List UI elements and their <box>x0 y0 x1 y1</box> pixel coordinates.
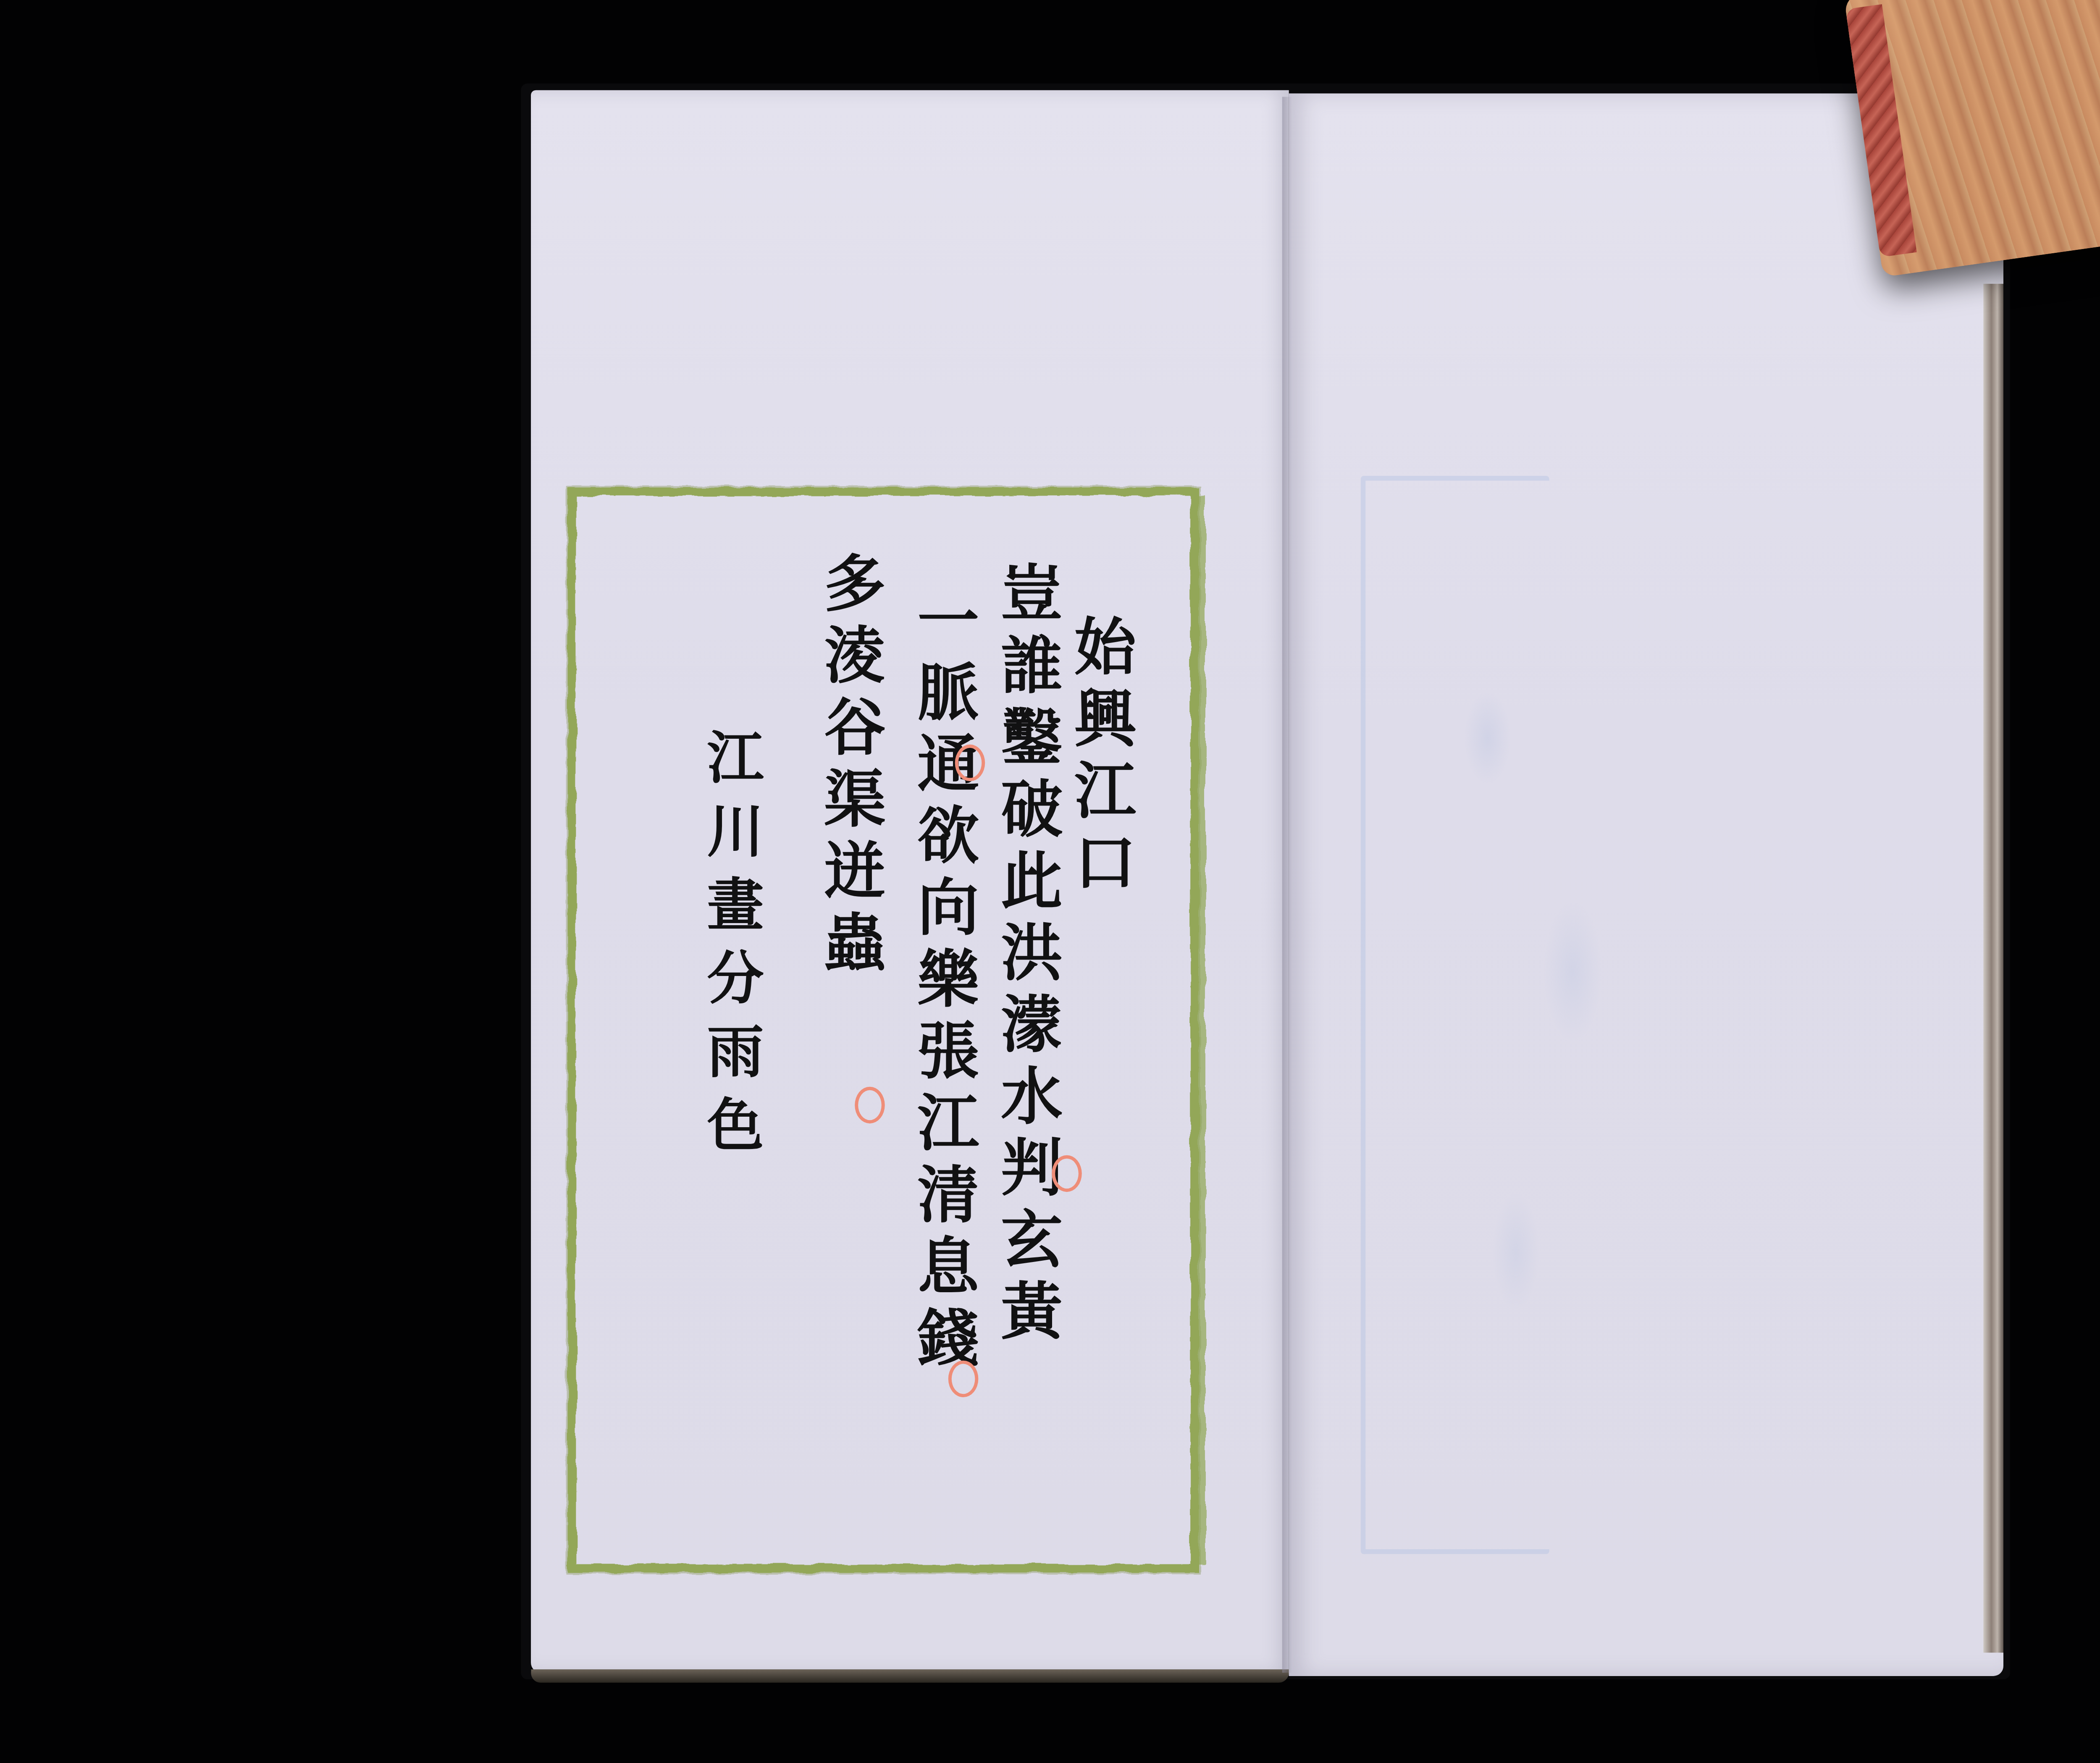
seal-stone: seal stone <box>1844 0 2100 277</box>
red-circle-mark <box>1052 1155 1082 1192</box>
red-circle-mark <box>955 745 985 781</box>
red-circle-mark <box>855 1087 885 1123</box>
page-stack-edge <box>1983 284 2003 1653</box>
show-through-ink <box>1402 551 1686 1486</box>
calligraphy-column-4: 多淩谷渠迸蟲 <box>818 551 880 982</box>
photo-scene: 始興江口 豈誰鑿破此洪濛水判玄黃 一脈通欲向樂張江清息錢 多淩谷渠迸蟲 江川畫分… <box>0 0 2100 1763</box>
calligraphy-column-3: 一脈通欲向樂張江清息錢 <box>911 588 973 1377</box>
calligraphy-column-2: 豈誰鑿破此洪濛水判玄黃 <box>995 561 1057 1351</box>
signature-column: 江川畫分雨色 <box>701 728 758 1168</box>
book-gutter <box>1282 97 1292 1673</box>
red-circle-mark <box>948 1361 979 1397</box>
calligraphy-column-1: 始興江口 <box>1068 614 1130 902</box>
